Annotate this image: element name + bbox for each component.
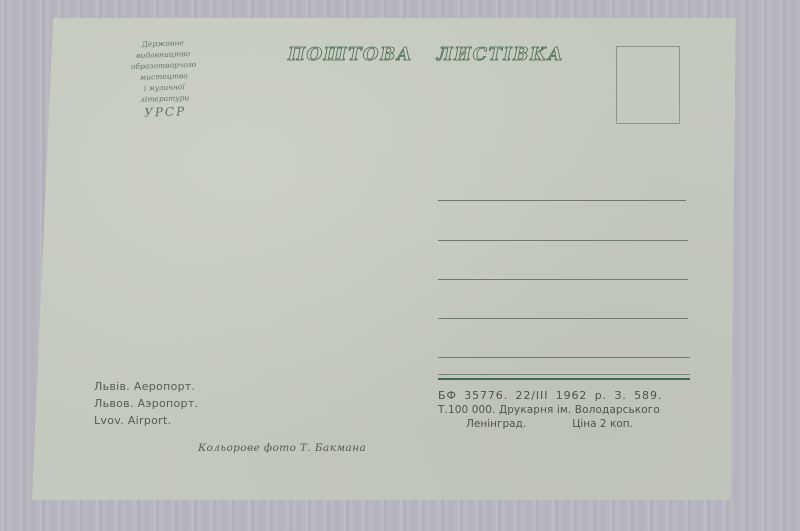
caption-ukrainian: Львів. Аеропорт. — [94, 378, 198, 395]
publisher-line: літератури — [125, 92, 205, 106]
divider-thin — [438, 374, 690, 375]
publisher-logo-handwritten: Державне видавництво образотворчого мист… — [123, 37, 206, 120]
photo-credit: Кольорове фото Т. Бакмана — [198, 442, 366, 454]
address-line-1 — [438, 200, 686, 201]
postcard-title: ПОШТОВА ЛИСТІВКА — [288, 44, 564, 65]
photo-caption: Львів. Аеропорт. Львов. Аэропорт. Lvov. … — [94, 378, 198, 429]
print-info-line1: БФ 35776. 22/III 1962 р. З. 589. — [438, 389, 694, 403]
caption-english: Lvov. Airport. — [94, 412, 198, 429]
print-info-line3: Ленінград.Ціна 2 коп. — [438, 417, 694, 431]
address-line-2 — [438, 240, 688, 241]
divider-thick — [438, 378, 690, 380]
print-info-line2: Т.100 000. Друкарня ім. Володарського — [438, 403, 694, 417]
address-line-3 — [438, 279, 688, 280]
print-city: Ленінград. — [466, 418, 526, 430]
print-price: Ціна 2 коп. — [572, 418, 633, 430]
publisher-republic: УРСР — [125, 106, 205, 120]
print-info: БФ 35776. 22/III 1962 р. З. 589. Т.100 0… — [438, 389, 694, 431]
address-line-5 — [438, 357, 690, 358]
stamp-box — [616, 46, 680, 124]
caption-russian: Львов. Аэропорт. — [94, 395, 198, 412]
address-line-4 — [438, 318, 688, 319]
postcard-back: Державне видавництво образотворчого мист… — [32, 18, 736, 500]
